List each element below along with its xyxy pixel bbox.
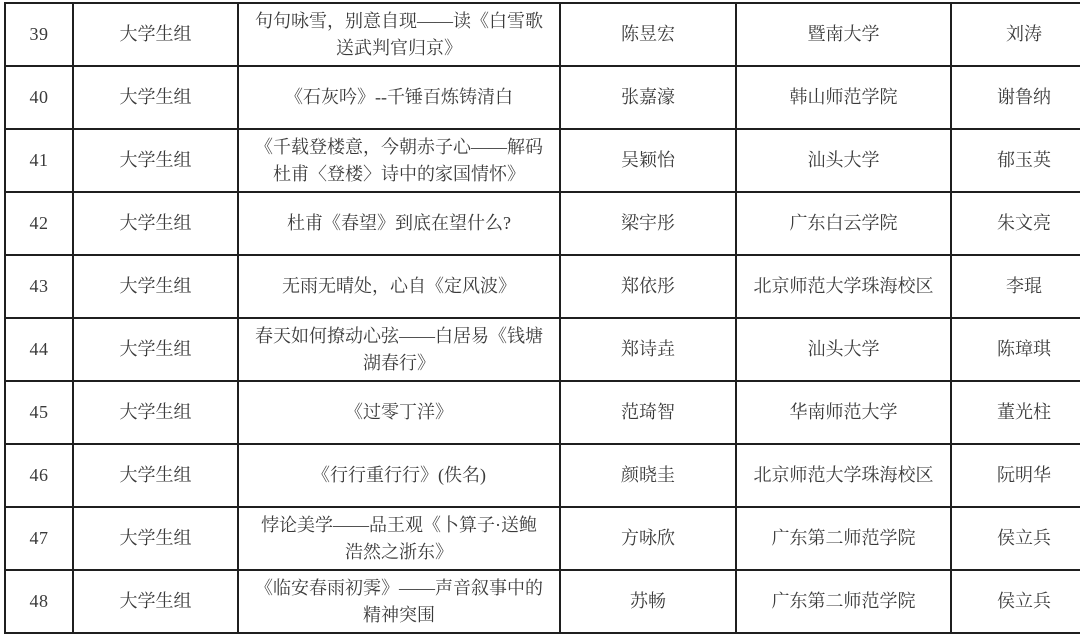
cell-contestant: 吴颖怡 <box>560 129 736 192</box>
cell-mentor: 郁玉英 <box>951 129 1080 192</box>
results-table-body: 39大学生组句句咏雪，别意自现——读《白雪歌 送武判官归京》陈昱宏暨南大学刘涛4… <box>5 3 1080 633</box>
cell-contestant: 梁宇彤 <box>560 192 736 255</box>
results-table-container: 39大学生组句句咏雪，别意自现——读《白雪歌 送武判官归京》陈昱宏暨南大学刘涛4… <box>4 2 1080 634</box>
cell-contestant: 张嘉濠 <box>560 66 736 129</box>
cell-no: 46 <box>5 444 73 507</box>
cell-school: 暨南大学 <box>736 3 951 66</box>
cell-group: 大学生组 <box>73 507 238 570</box>
cell-no: 44 <box>5 318 73 381</box>
table-row: 41大学生组《千载登楼意，今朝赤子心——解码 杜甫〈登楼〉诗中的家国情怀》吴颖怡… <box>5 129 1080 192</box>
cell-school: 韩山师范学院 <box>736 66 951 129</box>
cell-contestant: 苏畅 <box>560 570 736 633</box>
cell-mentor: 李琨 <box>951 255 1080 318</box>
cell-group: 大学生组 <box>73 66 238 129</box>
cell-no: 48 <box>5 570 73 633</box>
cell-no: 45 <box>5 381 73 444</box>
cell-group: 大学生组 <box>73 381 238 444</box>
cell-no: 40 <box>5 66 73 129</box>
cell-group: 大学生组 <box>73 255 238 318</box>
cell-title: 《石灰吟》--千锤百炼铸清白 <box>238 66 560 129</box>
cell-group: 大学生组 <box>73 192 238 255</box>
cell-school: 汕头大学 <box>736 318 951 381</box>
cell-contestant: 颜晓圭 <box>560 444 736 507</box>
cell-mentor: 朱文亮 <box>951 192 1080 255</box>
cell-contestant: 方咏欣 <box>560 507 736 570</box>
cell-group: 大学生组 <box>73 3 238 66</box>
cell-title: 《千载登楼意，今朝赤子心——解码 杜甫〈登楼〉诗中的家国情怀》 <box>238 129 560 192</box>
cell-contestant: 郑依彤 <box>560 255 736 318</box>
cell-contestant: 郑诗垚 <box>560 318 736 381</box>
cell-no: 41 <box>5 129 73 192</box>
cell-title: 句句咏雪，别意自现——读《白雪歌 送武判官归京》 <box>238 3 560 66</box>
cell-title: 《过零丁洋》 <box>238 381 560 444</box>
cell-mentor: 侯立兵 <box>951 507 1080 570</box>
cell-title: 杜甫《春望》到底在望什么? <box>238 192 560 255</box>
table-row: 46大学生组《行行重行行》(佚名)颜晓圭北京师范大学珠海校区阮明华 <box>5 444 1080 507</box>
table-row: 39大学生组句句咏雪，别意自现——读《白雪歌 送武判官归京》陈昱宏暨南大学刘涛 <box>5 3 1080 66</box>
table-row: 43大学生组无雨无晴处，心自《定风波》郑依彤北京师范大学珠海校区李琨 <box>5 255 1080 318</box>
cell-no: 42 <box>5 192 73 255</box>
table-row: 48大学生组《临安春雨初霁》——声音叙事中的 精神突围苏畅广东第二师范学院侯立兵 <box>5 570 1080 633</box>
cell-title: 无雨无晴处，心自《定风波》 <box>238 255 560 318</box>
cell-mentor: 谢鲁纳 <box>951 66 1080 129</box>
results-table: 39大学生组句句咏雪，别意自现——读《白雪歌 送武判官归京》陈昱宏暨南大学刘涛4… <box>4 2 1080 634</box>
cell-school: 广东第二师范学院 <box>736 507 951 570</box>
cell-contestant: 陈昱宏 <box>560 3 736 66</box>
cell-mentor: 刘涛 <box>951 3 1080 66</box>
cell-mentor: 陈璋琪 <box>951 318 1080 381</box>
cell-title: 春天如何撩动心弦——白居易《钱塘 湖春行》 <box>238 318 560 381</box>
cell-mentor: 阮明华 <box>951 444 1080 507</box>
cell-no: 47 <box>5 507 73 570</box>
cell-school: 北京师范大学珠海校区 <box>736 255 951 318</box>
cell-school: 广东第二师范学院 <box>736 570 951 633</box>
cell-no: 43 <box>5 255 73 318</box>
cell-school: 北京师范大学珠海校区 <box>736 444 951 507</box>
cell-school: 华南师范大学 <box>736 381 951 444</box>
table-row: 42大学生组杜甫《春望》到底在望什么?梁宇彤广东白云学院朱文亮 <box>5 192 1080 255</box>
cell-group: 大学生组 <box>73 444 238 507</box>
cell-group: 大学生组 <box>73 318 238 381</box>
cell-mentor: 董光柱 <box>951 381 1080 444</box>
cell-school: 汕头大学 <box>736 129 951 192</box>
cell-title: 《临安春雨初霁》——声音叙事中的 精神突围 <box>238 570 560 633</box>
cell-group: 大学生组 <box>73 570 238 633</box>
table-row: 47大学生组悖论美学——品王观《卜算子·送鲍 浩然之浙东》方咏欣广东第二师范学院… <box>5 507 1080 570</box>
cell-title: 悖论美学——品王观《卜算子·送鲍 浩然之浙东》 <box>238 507 560 570</box>
cell-mentor: 侯立兵 <box>951 570 1080 633</box>
cell-contestant: 范琦智 <box>560 381 736 444</box>
cell-no: 39 <box>5 3 73 66</box>
table-row: 45大学生组《过零丁洋》范琦智华南师范大学董光柱 <box>5 381 1080 444</box>
table-row: 40大学生组《石灰吟》--千锤百炼铸清白张嘉濠韩山师范学院谢鲁纳 <box>5 66 1080 129</box>
cell-title: 《行行重行行》(佚名) <box>238 444 560 507</box>
cell-group: 大学生组 <box>73 129 238 192</box>
table-row: 44大学生组春天如何撩动心弦——白居易《钱塘 湖春行》郑诗垚汕头大学陈璋琪 <box>5 318 1080 381</box>
cell-school: 广东白云学院 <box>736 192 951 255</box>
